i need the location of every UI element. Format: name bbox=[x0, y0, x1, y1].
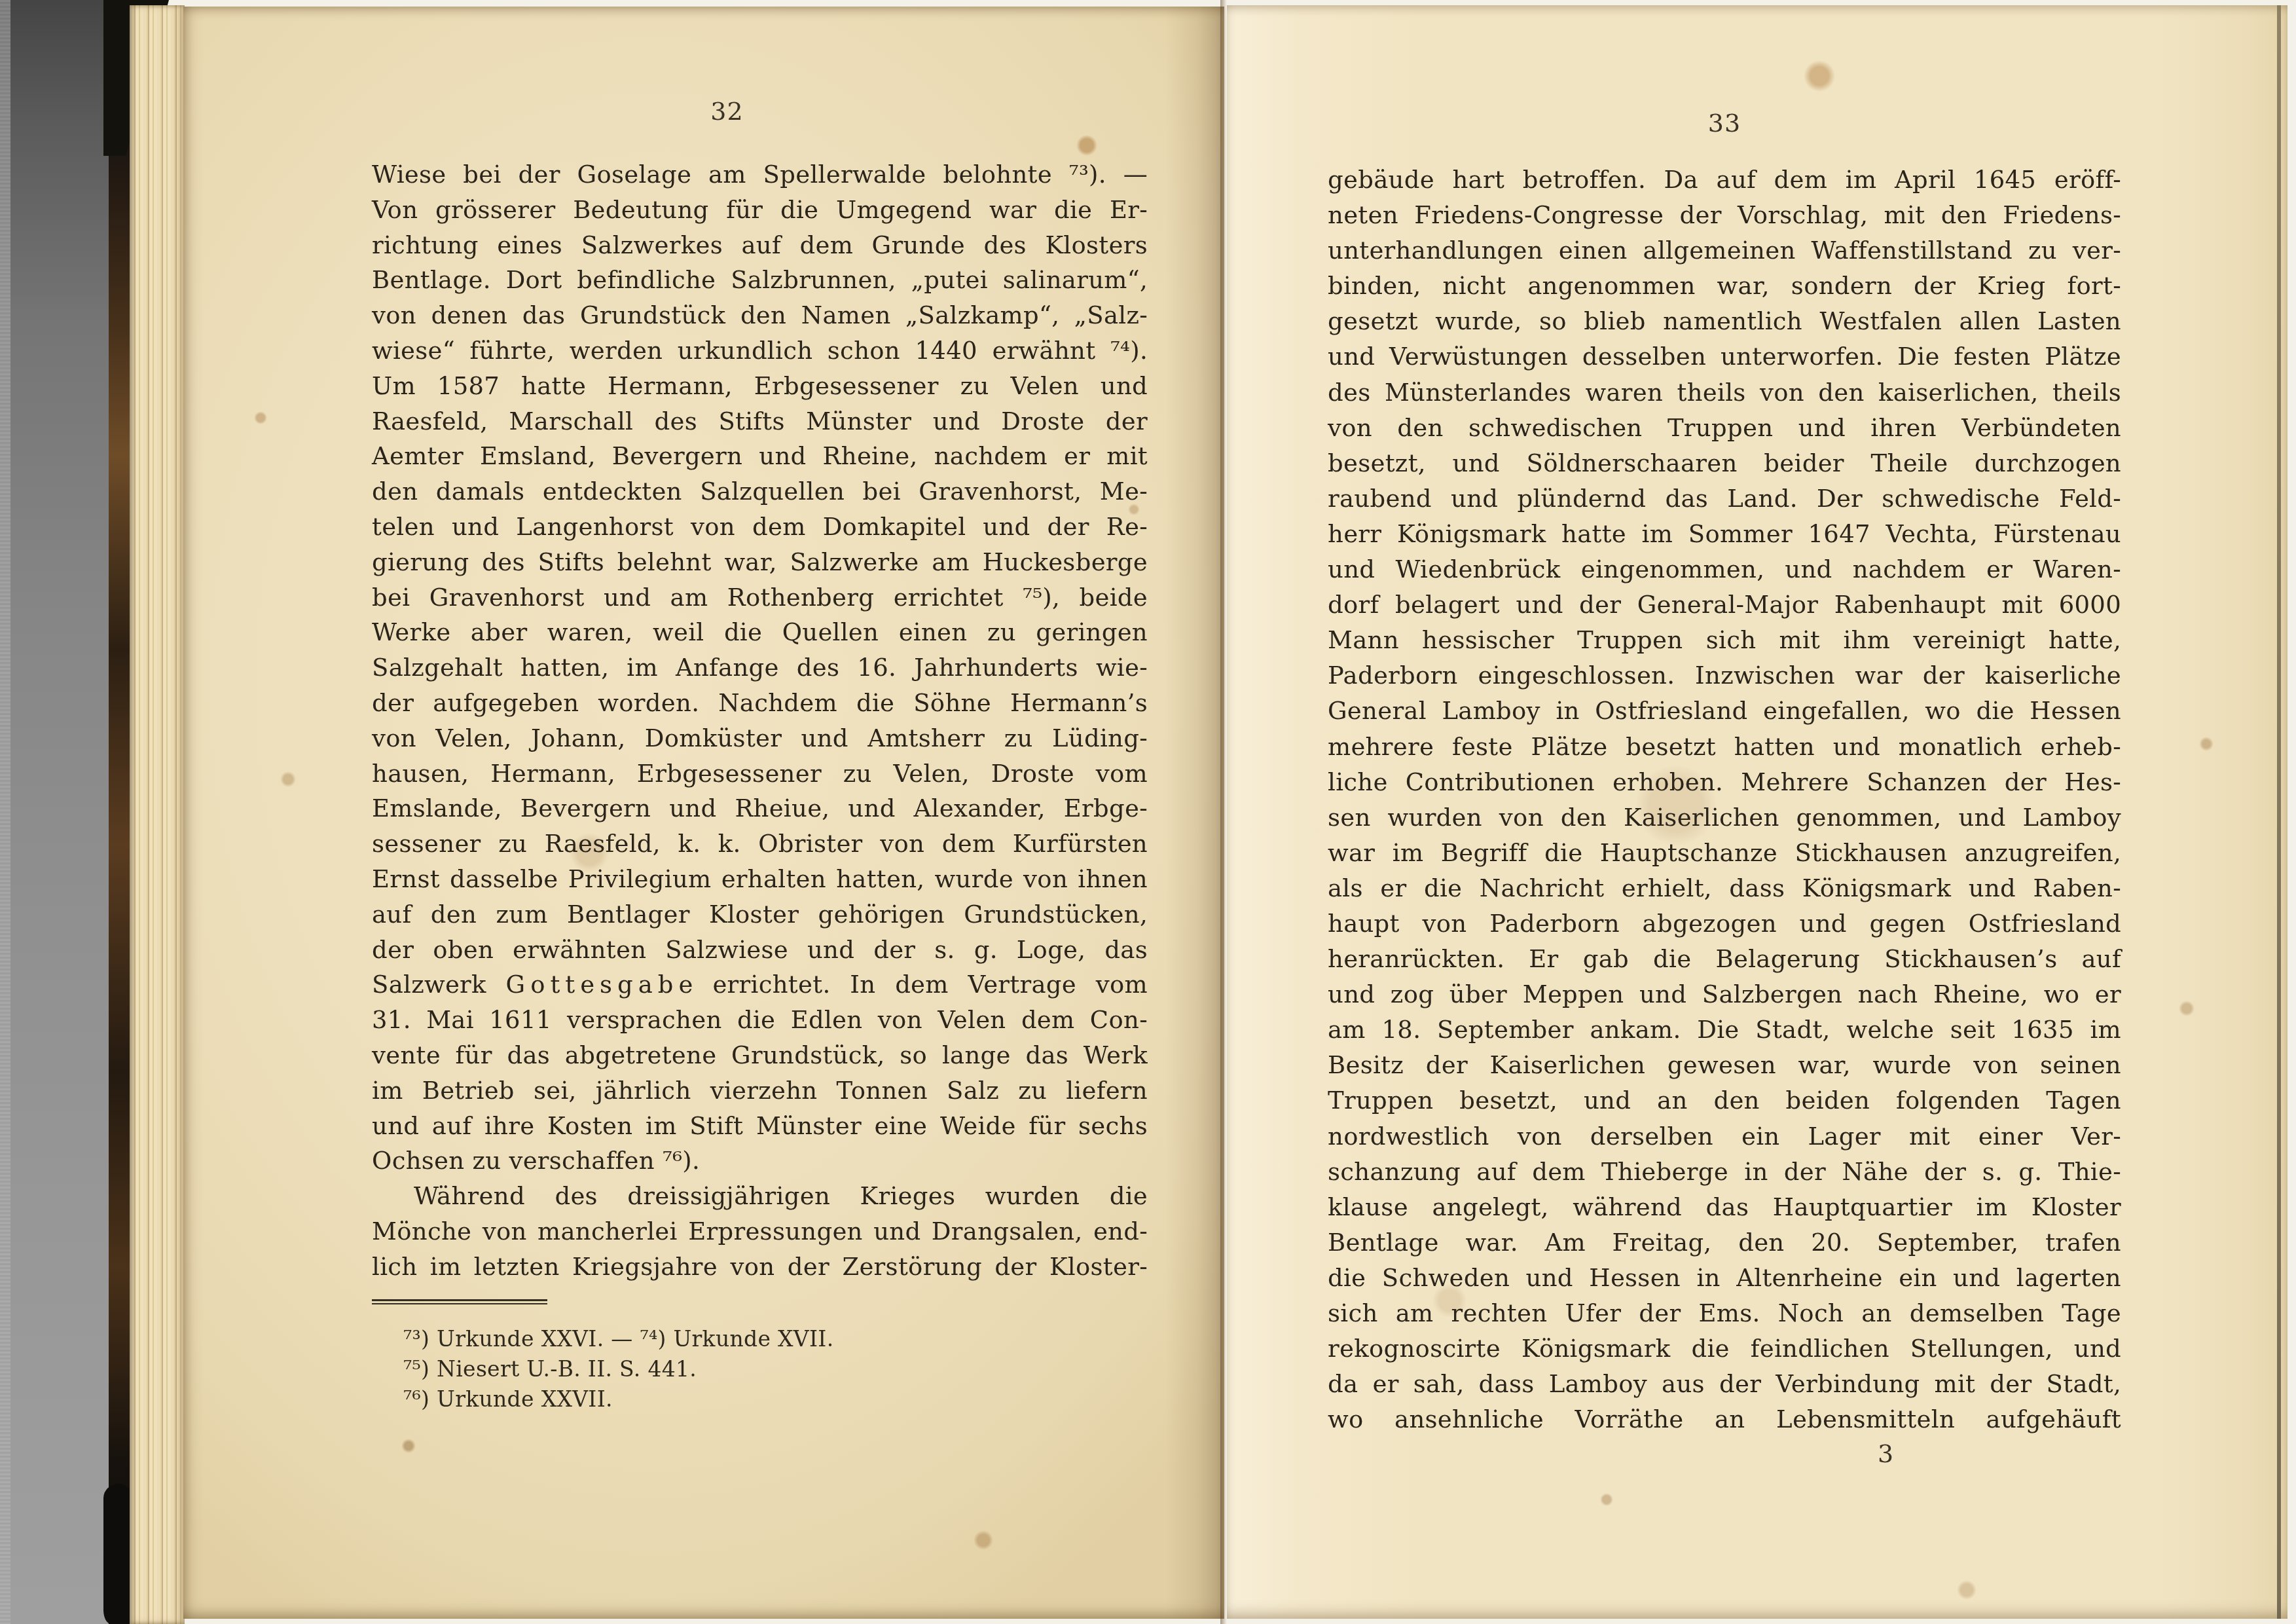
text-line: den damals entdeckten Salzquellen bei Gr… bbox=[372, 474, 1148, 509]
text-line: herr Königsmark hatte im Sommer 1647 Vec… bbox=[1328, 517, 2121, 552]
text-line: Aemter Emsland, Bevergern und Rheine, na… bbox=[372, 439, 1148, 474]
text-line: und Wiedenbrück eingenommen, und nachdem… bbox=[1328, 552, 2121, 587]
signature-mark: 3 bbox=[1807, 1439, 1964, 1468]
text-line: Mann hessischer Truppen sich mit ihm ver… bbox=[1328, 623, 2121, 658]
text-line: am 18. September ankam. Die Stadt, welch… bbox=[1328, 1012, 2121, 1048]
text-line: Um 1587 hatte Hermann, Erbgesessener zu … bbox=[372, 369, 1148, 404]
text-line: Ochsen zu verschaffen ⁷⁶). bbox=[372, 1143, 1148, 1179]
text-line: des Münsterlandes waren theils von den k… bbox=[1328, 375, 2121, 411]
text-line: Salzgehalt hatten, im Anfange des 16. Ja… bbox=[372, 650, 1148, 686]
text-line: Emslande, Bevergern und Rheiue, und Alex… bbox=[372, 791, 1148, 826]
text-line: von Velen, Johann, Domküster und Amtsher… bbox=[372, 721, 1148, 756]
text-line: Besitz der Kaiserlichen gewesen war, wur… bbox=[1328, 1048, 2121, 1083]
text-line: rekognoscirte Königsmark die feindlichen… bbox=[1328, 1331, 2121, 1367]
footnote-rule bbox=[372, 1299, 547, 1304]
text-line: und auf ihre Kosten im Stift Münster ein… bbox=[372, 1109, 1148, 1144]
text-line: klause angelegt, während das Hauptquarti… bbox=[1328, 1190, 2121, 1225]
text-line: bei Gravenhorst und am Rothenberg errich… bbox=[372, 580, 1148, 616]
text-line: sich am rechten Ufer der Ems. Noch an de… bbox=[1328, 1296, 2121, 1331]
text-line: Mönche von mancherlei Erpressungen und D… bbox=[372, 1214, 1148, 1249]
text-line: unterhandlungen einen allgemeinen Waffen… bbox=[1328, 233, 2121, 268]
text-line: von denen das Grundstück den Namen „Salz… bbox=[372, 298, 1148, 333]
footnote-line: ⁷³) Urkunde XXVI. — ⁷⁴) Urkunde XVII. bbox=[372, 1324, 1148, 1354]
text-line: war im Begriff die Hauptschanze Stickhau… bbox=[1328, 836, 2121, 871]
page-fore-edges bbox=[130, 5, 185, 1624]
text-line: Truppen besetzt, und an den beiden folge… bbox=[1328, 1083, 2121, 1118]
text-line: auf den zum Bentlager Kloster gehörigen … bbox=[372, 897, 1148, 932]
text-line: der aufgegeben worden. Nachdem die Söhne… bbox=[372, 686, 1148, 721]
text-line: raubend und plündernd das Land. Der schw… bbox=[1328, 481, 2121, 517]
text-line: richtung eines Salzwerkes auf dem Grunde… bbox=[372, 228, 1148, 263]
footnote-line: ⁷⁶) Urkunde XXVII. bbox=[372, 1384, 1148, 1414]
text-line: sessener zu Raesfeld, k. k. Obrister von… bbox=[372, 826, 1148, 862]
text-line: haupt von Paderborn abgezogen und gegen … bbox=[1328, 906, 2121, 942]
text-line: Paderborn eingeschlossen. Inzwischen war… bbox=[1328, 658, 2121, 693]
text-line: heranrückten. Er gab die Belagerung Stic… bbox=[1328, 942, 2121, 977]
book-cover-edge bbox=[109, 0, 132, 1624]
text-line: schanzung auf dem Thieberge in der Nähe … bbox=[1328, 1154, 2121, 1190]
text-line: lich im letzten Kriegsjahre von der Zers… bbox=[372, 1249, 1148, 1285]
text-line: Salzwerk G o t t e s g a b e errichtet. … bbox=[372, 967, 1148, 1003]
text-line: Von grösserer Bedeutung für die Umgegend… bbox=[372, 193, 1148, 228]
book-scan: 32 33 Wiese bei der Goselage am Spellerw… bbox=[0, 0, 2296, 1624]
gutter-fold bbox=[1220, 0, 1227, 1624]
text-line: Bentlage. Dort befindliche Salzbrunnen, … bbox=[372, 263, 1148, 298]
right-page-text: gebäude hart betroffen. Da auf dem im Ap… bbox=[1328, 162, 2121, 1437]
text-line: Werke aber waren, weil die Quellen einen… bbox=[372, 615, 1148, 650]
text-line: und Verwüstungen desselben unterworfen. … bbox=[1328, 339, 2121, 375]
gutter-shadow bbox=[1165, 7, 1224, 1619]
text-line: dorf belagert und der General-Major Rabe… bbox=[1328, 587, 2121, 623]
text-line: Bentlage war. Am Freitag, den 20. Septem… bbox=[1328, 1225, 2121, 1261]
left-page-text: Wiese bei der Goselage am Spellerwalde b… bbox=[372, 157, 1148, 1285]
text-line: von den schwedischen Truppen und ihren V… bbox=[1328, 411, 2121, 446]
text-line: der oben erwähnten Salzwiese und der s. … bbox=[372, 932, 1148, 968]
page-number-33: 33 bbox=[1328, 109, 2121, 138]
text-line: Raesfeld, Marschall des Stifts Münster u… bbox=[372, 404, 1148, 439]
text-line: wo ansehnliche Vorräthe an Lebensmitteln… bbox=[1328, 1402, 2121, 1437]
text-line: gierung des Stifts belehnt war, Salzwerk… bbox=[372, 545, 1148, 580]
text-line: besetzt, und Söldnerschaaren beider Thei… bbox=[1328, 446, 2121, 481]
text-line: und zog über Meppen und Salzbergen nach … bbox=[1328, 977, 2121, 1012]
text-line: vente für das abgetretene Grundstück, so… bbox=[372, 1038, 1148, 1073]
text-line: nordwestlich von derselben ein Lager mit… bbox=[1328, 1119, 2121, 1154]
text-line: im Betrieb sei, jährlich vierzehn Tonnen… bbox=[372, 1073, 1148, 1109]
text-line: die Schweden und Hessen in Altenrheine e… bbox=[1328, 1261, 2121, 1296]
text-line: binden, nicht angenommen war, sondern de… bbox=[1328, 268, 2121, 304]
page-number-32: 32 bbox=[339, 97, 1115, 126]
text-line: mehrere feste Plätze besetzt hatten und … bbox=[1328, 729, 2121, 765]
page-edge-line bbox=[2277, 5, 2281, 1619]
text-line: als er die Nachricht erhielt, dass König… bbox=[1328, 871, 2121, 906]
text-line: gesetzt wurde, so blieb namentlich Westf… bbox=[1328, 304, 2121, 339]
scanner-background bbox=[0, 0, 115, 1624]
text-line: Wiese bei der Goselage am Spellerwalde b… bbox=[372, 157, 1148, 193]
text-line: Ernst dasselbe Privilegium erhalten hatt… bbox=[372, 862, 1148, 897]
text-line: sen wurden von den Kaiserlichen genommen… bbox=[1328, 800, 2121, 836]
text-line: wiese“ führte, werden urkundlich schon 1… bbox=[372, 333, 1148, 369]
footnote-line: ⁷⁵) Niesert U.-B. II. S. 441. bbox=[372, 1354, 1148, 1384]
text-line: hausen, Hermann, Erbgesessener zu Velen,… bbox=[372, 756, 1148, 792]
text-line: Während des dreissigjährigen Krieges wur… bbox=[372, 1179, 1148, 1214]
text-line: neten Friedens-Congresse der Vorschlag, … bbox=[1328, 198, 2121, 233]
text-line: 31. Mai 1611 versprachen die Edlen von V… bbox=[372, 1003, 1148, 1038]
text-line: gebäude hart betroffen. Da auf dem im Ap… bbox=[1328, 162, 2121, 198]
text-line: liche Contributionen erhoben. Mehrere Sc… bbox=[1328, 765, 2121, 800]
text-line: General Lamboy in Ostfriesland eingefall… bbox=[1328, 693, 2121, 729]
text-line: da er sah, dass Lamboy aus der Verbindun… bbox=[1328, 1367, 2121, 1402]
text-line: telen und Langenhorst von dem Domkapitel… bbox=[372, 509, 1148, 545]
left-page-footnotes: ⁷³) Urkunde XXVI. — ⁷⁴) Urkunde XVII.⁷⁵)… bbox=[372, 1324, 1148, 1414]
scan-border bbox=[2289, 0, 2296, 1624]
